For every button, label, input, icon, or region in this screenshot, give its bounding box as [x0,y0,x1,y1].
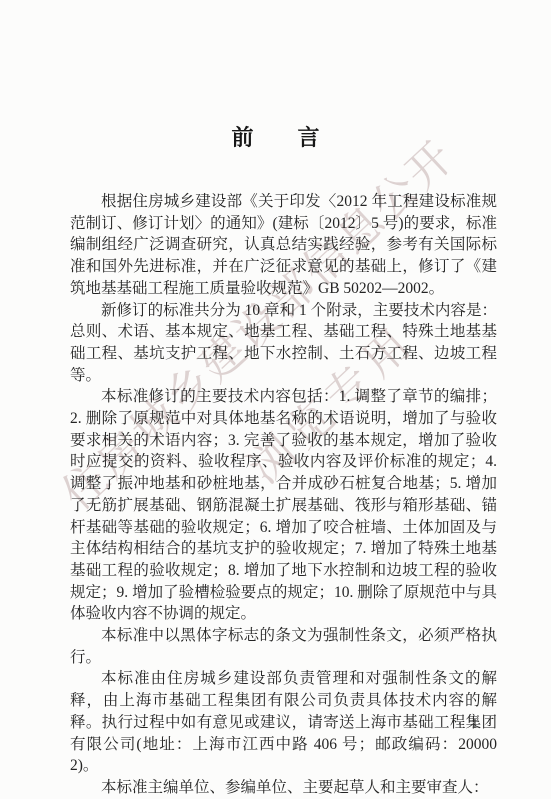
page-title: 前 言 [0,121,551,152]
page-number: · 1 · [458,716,496,732]
document-page: 住房城乡建设部信息公开 浏览专用 前 言 根据住房城乡建设部《关于印发〈2012… [0,0,551,799]
paragraph-revision-contents: 本标准修订的主要技术内容包括：1. 调整了章节的编排；2. 删除了原规范中对具体… [70,386,497,625]
document-body: 根据住房城乡建设部《关于印发〈2012 年工程建设标准规范制订、修订计划〉的通知… [70,191,497,799]
paragraph-structure: 新修订的标准共分为 10 章和 1 个附录，主要技术内容是：总则、术语、基本规定… [70,300,497,387]
paragraph-management-contact: 本标准由住房城乡建设部负责管理和对强制性条文的解释，由上海市基础工程集团有限公司… [70,668,497,777]
paragraph-drafting-units-intro: 本标准主编单位、参编单位、主要起草人和主要审查人： [70,777,497,799]
paragraph-mandatory-provisions: 本标准中以黑体字标志的条文为强制性条文，必须严格执行。 [70,625,497,668]
paragraph-basis: 根据住房城乡建设部《关于印发〈2012 年工程建设标准规范制订、修订计划〉的通知… [70,191,497,300]
